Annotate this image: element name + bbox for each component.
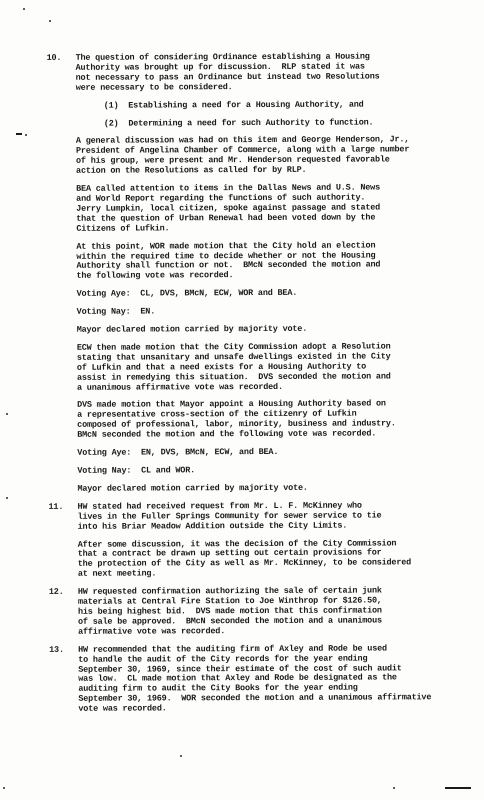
paragraph: DVS made motion that Mayor appoint a Hou… [77, 400, 470, 441]
paragraph: HW stated had received request from Mr. … [78, 501, 471, 532]
scan-speck [6, 413, 8, 415]
scan-speck [6, 497, 8, 499]
voting-aye-line: Voting Aye: CL, DVS, BMcN, ECW, WOR and … [77, 288, 470, 300]
sub-item-1: (1) Establishing a need for a Housing Au… [76, 100, 469, 112]
voting-nay-line: Voting Nay: CL and WOR. [77, 465, 470, 477]
paragraph: HW requested confirmation authorizing th… [78, 586, 471, 637]
paragraph: Mayor declared motion carried by majorit… [77, 324, 470, 336]
scan-speck [49, 20, 51, 22]
scan-speck [25, 134, 27, 136]
item-body: HW requested confirmation authorizing th… [78, 586, 471, 645]
paragraph: BEA called attention to items in the Dal… [76, 183, 469, 234]
item-number: 13. [49, 645, 78, 655]
minutes-content: 10. The question of considering Ordinanc… [47, 52, 472, 723]
item-body: The question of considering Ordinance es… [76, 52, 471, 503]
scan-speck [3, 787, 5, 789]
scan-speck [16, 133, 22, 135]
item-body: HW stated had received request from Mr. … [78, 501, 471, 588]
sub-item-2: (2) Determining a need for such Authorit… [76, 118, 469, 130]
paragraph: At this point, WOR made motion that the … [76, 241, 469, 282]
item-number: 10. [47, 54, 76, 64]
scan-speck [23, 8, 25, 10]
paragraph: After some discussion, it was the decisi… [78, 539, 471, 580]
minutes-item-12: 12. HW requested confirmation authorizin… [49, 586, 471, 645]
minutes-item-13: 13. HW recommended that the auditing fir… [49, 644, 471, 723]
item-number: 12. [49, 588, 78, 598]
paragraph: Mayor declared motion carried by majorit… [77, 483, 470, 495]
minutes-item-11: 11. HW stated had received request from … [49, 501, 471, 588]
minutes-item-10: 10. The question of considering Ordinanc… [47, 52, 471, 503]
document-page: 10. The question of considering Ordinanc… [0, 0, 484, 800]
scan-rule [445, 787, 471, 789]
voting-nay-line: Voting Nay: EN. [77, 306, 470, 318]
item-body: HW recommended that the auditing firm of… [78, 644, 471, 723]
paragraph: A general discussion was had on this ite… [76, 136, 469, 177]
paragraph: The question of considering Ordinance es… [76, 52, 469, 93]
voting-aye-line: Voting Aye: EN, DVS, BMcN, ECW, and BEA. [77, 447, 470, 459]
item-number: 11. [49, 503, 78, 513]
paragraph: HW recommended that the auditing firm of… [78, 644, 471, 715]
scan-speck [393, 787, 395, 789]
scan-speck [180, 755, 182, 757]
paragraph: ECW then made motion that the City Commi… [77, 342, 470, 393]
